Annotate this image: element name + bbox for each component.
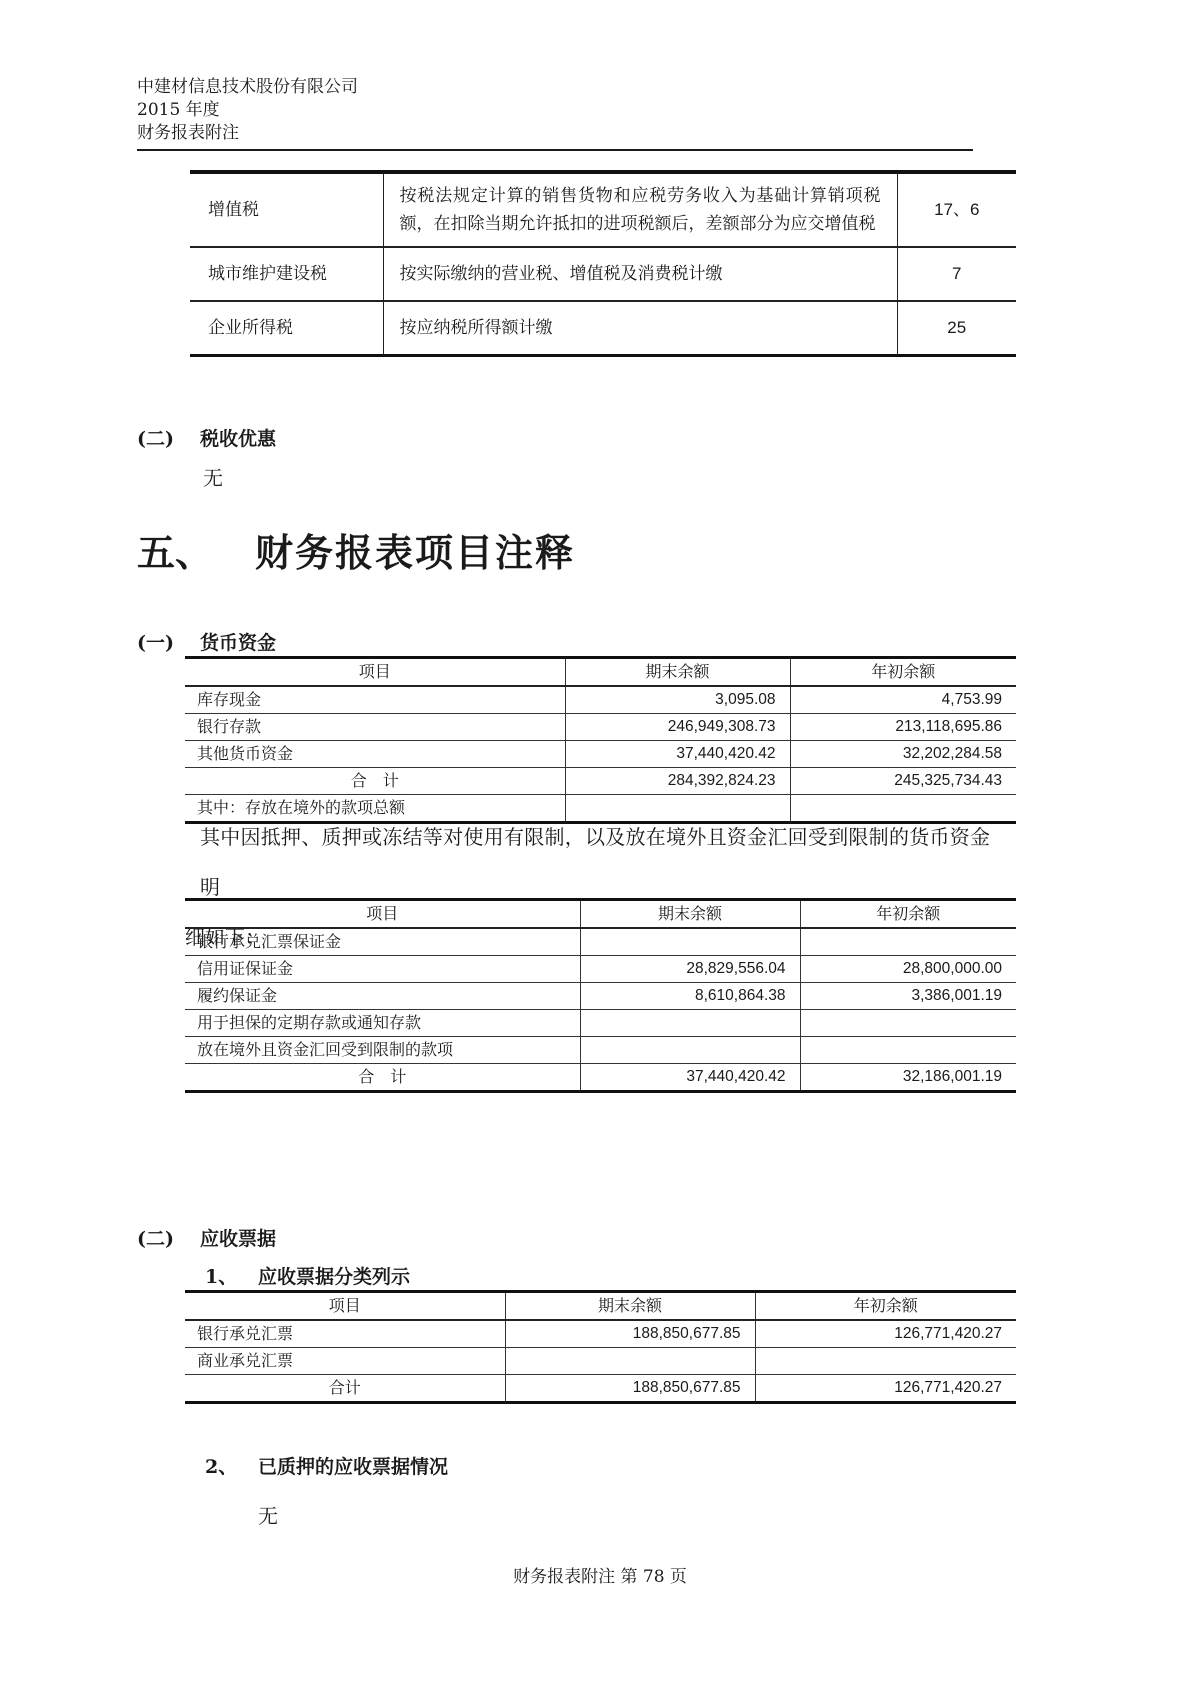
table-total-row: 合 计 284,392,824.23 245,325,734.43 [185,768,1016,795]
document-title: 财务报表附注 [137,122,973,145]
document-header: 中建材信息技术股份有限公司 2015 年度 财务报表附注 [137,76,973,151]
table-total-row: 合 计 37,440,420.42 32,186,001.19 [185,1064,1016,1092]
beginning-balance-cell [800,1037,1016,1064]
beginning-balance-cell [800,1010,1016,1037]
beginning-balance-cell: 4,753.99 [790,686,1016,714]
item-cell: 银行承兑汇票 [185,1320,505,1348]
beginning-balance-cell [755,1348,1016,1375]
tax-name-cell: 企业所得税 [190,301,383,356]
ending-balance-cell: 188,850,677.85 [505,1375,755,1403]
section-number: (二) [137,424,200,451]
ending-balance-cell: 37,440,420.42 [580,1064,800,1092]
item-cell: 银行存款 [185,714,565,741]
table-row: 信用证保证金 28,829,556.04 28,800,000.00 [185,956,1016,983]
beginning-balance-cell: 126,771,420.27 [755,1320,1016,1348]
fiscal-year: 2015 年度 [137,99,973,122]
item-cell: 商业承兑汇票 [185,1348,505,1375]
tax-rate-cell: 17、6 [897,172,1016,247]
column-header: 年初余额 [800,900,1016,929]
section-number: (一) [137,628,200,655]
table-row: 库存现金 3,095.08 4,753.99 [185,686,1016,714]
subsection-notes-classification: 1、 应收票据分类列示 [205,1262,410,1289]
subsection-body-none: 无 [258,1500,278,1529]
section-tax-preference: (二) 税收优惠 [137,424,276,451]
table-row: 用于担保的定期存款或通知存款 [185,1010,1016,1037]
item-cell: 银行承兑汇票保证金 [185,928,580,956]
section-title: 货币资金 [200,628,276,655]
total-label-cell: 合 计 [185,1064,580,1092]
table-row: 银行承兑汇票保证金 [185,928,1016,956]
subsection-title: 应收票据分类列示 [258,1262,410,1289]
tax-name-cell: 增值税 [190,172,383,247]
ending-balance-cell: 8,610,864.38 [580,983,800,1010]
table-total-row: 合计 188,850,677.85 126,771,420.27 [185,1375,1016,1403]
table-row: 放在境外且资金汇回受到限制的款项 [185,1037,1016,1064]
beginning-balance-cell: 213,118,695.86 [790,714,1016,741]
table-header-row: 项目 期末余额 年初余额 [185,658,1016,687]
table-header-row: 项目 期末余额 年初余额 [185,900,1016,929]
table-row: 银行存款 246,949,308.73 213,118,695.86 [185,714,1016,741]
subsection-pledged-notes: 2、 已质押的应收票据情况 [205,1452,448,1479]
beginning-balance-cell: 245,325,734.43 [790,768,1016,795]
subsection-number: 1、 [205,1262,258,1289]
column-header: 期末余额 [580,900,800,929]
tax-rate-cell: 25 [897,301,1016,356]
table-row: 银行承兑汇票 188,850,677.85 126,771,420.27 [185,1320,1016,1348]
item-cell: 信用证保证金 [185,956,580,983]
ending-balance-cell: 284,392,824.23 [565,768,790,795]
chapter-title: 财务报表项目注释 [255,522,575,577]
total-label-cell: 合计 [185,1375,505,1403]
item-cell: 其他货币资金 [185,741,565,768]
item-cell: 库存现金 [185,686,565,714]
section-cash-funds: (一) 货币资金 [137,628,276,655]
table-row: 商业承兑汇票 [185,1348,1016,1375]
beginning-balance-cell: 3,386,001.19 [800,983,1016,1010]
chapter-number: 五、 [137,522,255,577]
item-cell: 用于担保的定期存款或通知存款 [185,1010,580,1037]
column-header: 期末余额 [505,1292,755,1321]
tax-rate-cell: 7 [897,247,1016,301]
chapter-heading: 五、 财务报表项目注释 [137,522,575,577]
item-cell: 履约保证金 [185,983,580,1010]
column-header: 年初余额 [790,658,1016,687]
ending-balance-cell: 37,440,420.42 [565,741,790,768]
restricted-funds-table: 项目 期末余额 年初余额 银行承兑汇票保证金 信用证保证金 28,829,556… [185,898,1016,1093]
column-header: 项目 [185,900,580,929]
tax-basis-cell: 按税法规定计算的销售货物和应税劳务收入为基础计算销项税额，在扣除当期允许抵扣的进… [383,172,897,247]
table-header-row: 项目 期末余额 年初余额 [185,1292,1016,1321]
notes-receivable-table: 项目 期末余额 年初余额 银行承兑汇票 188,850,677.85 126,7… [185,1290,1016,1404]
ending-balance-cell: 246,949,308.73 [565,714,790,741]
column-header: 年初余额 [755,1292,1016,1321]
company-name: 中建材信息技术股份有限公司 [137,76,973,99]
beginning-balance-cell: 126,771,420.27 [755,1375,1016,1403]
beginning-balance-cell: 28,800,000.00 [800,956,1016,983]
ending-balance-cell: 3,095.08 [565,686,790,714]
table-row: 履约保证金 8,610,864.38 3,386,001.19 [185,983,1016,1010]
section-body-none: 无 [203,462,223,491]
ending-balance-cell: 188,850,677.85 [505,1320,755,1348]
paragraph-line: 其中因抵押、质押或冻结等对使用有限制，以及放在境外且资金汇回受到限制的货币资金明 [185,812,990,912]
column-header: 期末余额 [565,658,790,687]
ending-balance-cell [505,1348,755,1375]
total-label-cell: 合 计 [185,768,565,795]
section-title: 应收票据 [200,1224,276,1251]
tax-basis-cell: 按实际缴纳的营业税、增值税及消费税计缴 [383,247,897,301]
document-page: 中建材信息技术股份有限公司 2015 年度 财务报表附注 增值税 按税法规定计算… [0,0,1200,1696]
section-notes-receivable: (二) 应收票据 [137,1224,276,1251]
table-row: 城市维护建设税 按实际缴纳的营业税、增值税及消费税计缴 7 [190,247,1016,301]
tax-name-cell: 城市维护建设税 [190,247,383,301]
item-cell: 放在境外且资金汇回受到限制的款项 [185,1037,580,1064]
column-header: 项目 [185,658,565,687]
table-row: 企业所得税 按应纳税所得额计缴 25 [190,301,1016,356]
subsection-number: 2、 [205,1452,258,1479]
table-row: 增值税 按税法规定计算的销售货物和应税劳务收入为基础计算销项税额，在扣除当期允许… [190,172,1016,247]
page-footer: 财务报表附注 第 78 页 [0,1562,1200,1587]
section-title: 税收优惠 [200,424,276,451]
beginning-balance-cell: 32,202,284.58 [790,741,1016,768]
beginning-balance-cell [800,928,1016,956]
beginning-balance-cell: 32,186,001.19 [800,1064,1016,1092]
ending-balance-cell: 28,829,556.04 [580,956,800,983]
ending-balance-cell [580,1010,800,1037]
tax-rate-table: 增值税 按税法规定计算的销售货物和应税劳务收入为基础计算销项税额，在扣除当期允许… [190,170,1016,357]
ending-balance-cell [580,1037,800,1064]
cash-funds-table: 项目 期末余额 年初余额 库存现金 3,095.08 4,753.99 银行存款… [185,656,1016,824]
column-header: 项目 [185,1292,505,1321]
ending-balance-cell [580,928,800,956]
table-row: 其他货币资金 37,440,420.42 32,202,284.58 [185,741,1016,768]
tax-basis-cell: 按应纳税所得额计缴 [383,301,897,356]
section-number: (二) [137,1224,200,1251]
subsection-title: 已质押的应收票据情况 [258,1452,448,1479]
